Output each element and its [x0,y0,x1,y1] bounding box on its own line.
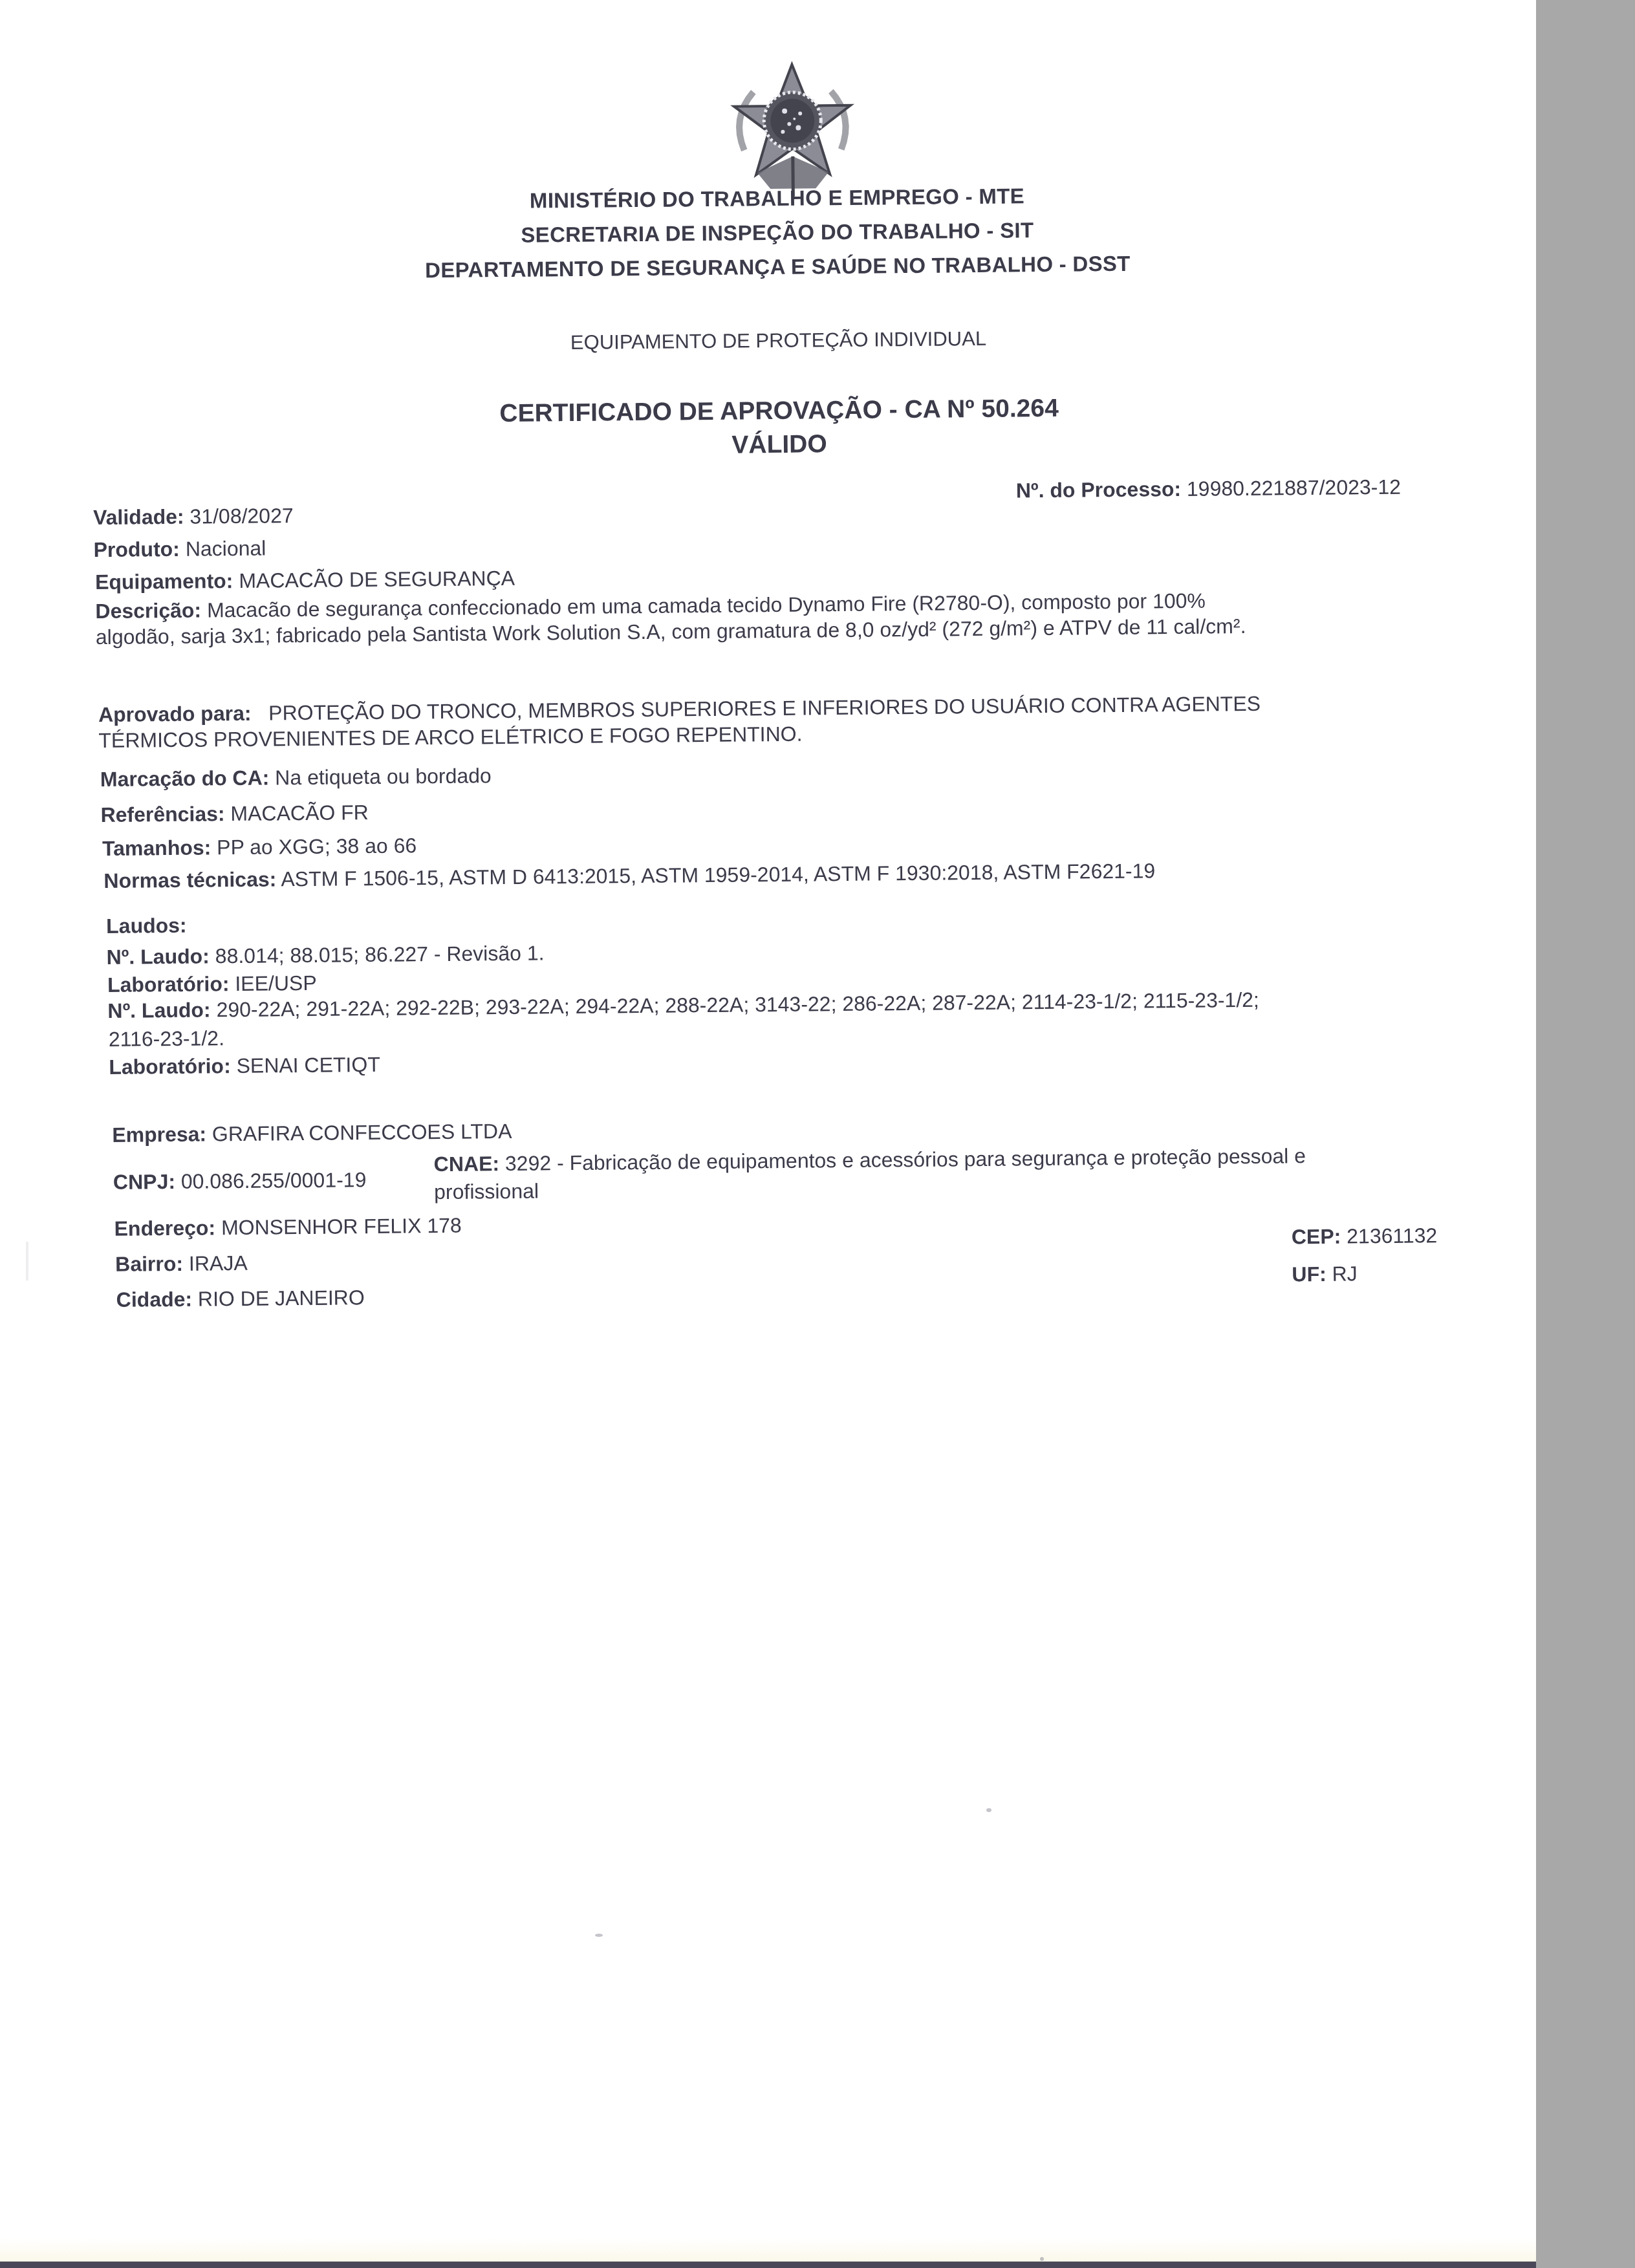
lab-1-label: Laboratório: [107,972,230,997]
cnpj-value: 00.086.255/0001-19 [181,1168,367,1193]
field-marcacao: Marcação do CA: Na etiqueta ou bordado [100,762,492,792]
field-cidade: Cidade: RIO DE JANEIRO [116,1284,365,1313]
produto-value: Nacional [186,537,266,561]
cep-label: CEP: [1292,1225,1341,1249]
produto-label: Produto: [93,537,180,561]
normas-label: Normas técnicas: [103,867,276,892]
marcacao-label: Marcação do CA: [100,766,270,792]
referencias-label: Referências: [100,802,224,826]
cnpj-label: CNPJ: [113,1170,175,1194]
descricao-label: Descrição: [95,599,201,623]
scan-speck [986,1808,991,1812]
field-uf: UF: RJ [1292,1260,1358,1287]
uf-value: RJ [1332,1262,1357,1285]
tamanhos-value: PP ao XGG; 38 ao 66 [217,834,417,859]
empresa-value: GRAFIRA CONFECCOES LTDA [212,1119,512,1145]
tamanhos-label: Tamanhos: [102,836,211,860]
bairro-value: IRAJA [189,1251,248,1275]
lab-1-value: IEE/USP [235,971,317,995]
cidade-label: Cidade: [116,1288,193,1312]
brazil-coat-of-arms-icon [717,59,867,199]
marcacao-value: Na etiqueta ou bordado [275,764,492,789]
endereco-label: Endereço: [114,1216,215,1240]
validade-label: Validade: [93,505,184,529]
scan-speck [1040,2257,1044,2261]
lab-2-label: Laboratório: [109,1054,231,1079]
department-heading: DEPARTAMENTO DE SEGURANÇA E SAÚDE NO TRA… [0,247,1561,286]
uf-label: UF: [1292,1262,1326,1286]
laudo-group-1-numbers: Nº. Laudo: 88.014; 88.015; 86.227 - Revi… [106,940,544,969]
laudo-group-1-lab: Laboratório: IEE/USP [107,970,317,998]
equipamento-value: MACACÃO DE SEGURANÇA [239,567,515,592]
laudo-2-line2: 2116-23-1/2. [109,1025,224,1052]
cidade-value: RIO DE JANEIRO [198,1286,365,1310]
laudo-group-2-lab: Laboratório: SENAI CETIQT [109,1052,380,1080]
endereco-value: MONSENHOR FELIX 178 [221,1214,462,1240]
field-cep: CEP: 21361132 [1292,1222,1438,1249]
cnae-line1: 3292 - Fabricação de equipamentos e aces… [505,1144,1306,1175]
field-cnae: CNAE: 3292 - Fabricação de equipamentos … [434,1143,1306,1177]
document-category: EQUIPAMENTO DE PROTEÇÃO INDIVIDUAL [0,321,1561,360]
cnae-label: CNAE: [434,1152,500,1176]
referencias-value: MACACÃO FR [230,801,369,825]
field-bairro: Bairro: IRAJA [115,1250,248,1277]
scan-speck [595,1934,603,1937]
field-processo: Nº. do Processo: 19980.221887/2023-12 [1016,474,1402,504]
bairro-label: Bairro: [115,1252,183,1276]
laudo-1-value: 88.014; 88.015; 86.227 - Revisão 1. [215,941,545,967]
empresa-label: Empresa: [112,1122,206,1146]
lab-2-value: SENAI CETIQT [236,1053,380,1077]
normas-value: ASTM F 1506-15, ASTM D 6413:2015, ASTM 1… [281,859,1155,891]
field-endereco: Endereço: MONSENHOR FELIX 178 [114,1213,461,1242]
equipamento-label: Equipamento: [95,569,233,594]
laudo-2-label: Nº. Laudo: [107,998,211,1022]
laudos-heading: Laudos: [106,913,187,939]
validade-value: 31/08/2027 [189,504,293,528]
aprovado-label: Aprovado para: [98,702,252,726]
laudo-1-label: Nº. Laudo: [106,944,210,969]
secretariat-heading: SECRETARIA DE INSPEÇÃO DO TRABALHO - SIT [0,213,1560,252]
processo-label: Nº. do Processo: [1016,477,1182,502]
field-equipamento: Equipamento: MACACÃO DE SEGURANÇA [95,565,515,595]
laudo-2-value: 290-22A; 291-22A; 292-22B; 293-22A; 294-… [216,988,1259,1021]
cnae-line2: profissional [434,1178,539,1205]
processo-value: 19980.221887/2023-12 [1187,475,1401,501]
field-produto: Produto: Nacional [93,535,266,563]
field-tamanhos: Tamanhos: PP ao XGG; 38 ao 66 [102,832,417,861]
certificate-sheet: MINISTÉRIO DO TRABALHO E EMPREGO - MTE S… [0,0,1550,2268]
field-empresa: Empresa: GRAFIRA CONFECCOES LTDA [112,1118,512,1148]
field-normas: Normas técnicas: ASTM F 1506-15, ASTM D … [103,858,1155,894]
scan-speck [26,1242,28,1280]
field-validade: Validade: 31/08/2027 [93,502,294,530]
field-cnpj: CNPJ: 00.086.255/0001-19 [113,1167,367,1195]
cep-value: 21361132 [1347,1224,1437,1247]
aprovado-line1: PROTEÇÃO DO TRONCO, MEMBROS SUPERIORES E… [268,692,1261,725]
field-referencias: Referências: MACACÃO FR [100,799,369,828]
